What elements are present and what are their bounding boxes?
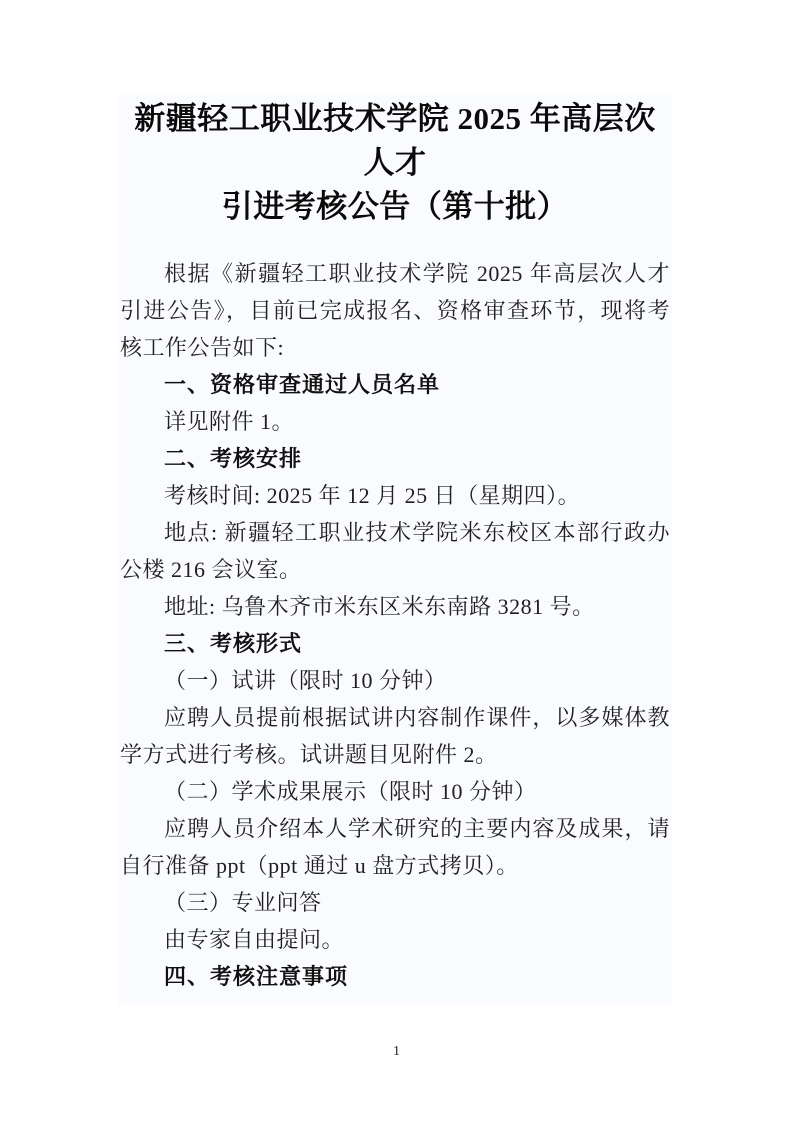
intro-paragraph: 根据《新疆轻工职业技术学院 2025 年高层次人才引进公告》，目前已完成报名、资… [118,255,672,366]
attachment-1-note: 详见附件 1。 [118,403,672,440]
section-1-heading: 一、资格审查通过人员名单 [118,366,672,403]
sub-3-qa-heading: （三）专业问答 [118,884,672,921]
section-2-heading: 二、考核安排 [118,440,672,477]
section-4-heading: 四、考核注意事项 [118,958,672,995]
document-title: 新疆轻工职业技术学院 2025 年高层次人才 引进考核公告（第十批） [118,97,672,229]
qa-details: 由专家自由提问。 [118,921,672,958]
document-page: 新疆轻工职业技术学院 2025 年高层次人才 引进考核公告（第十批） 根据《新疆… [0,0,793,1122]
sub-2-academic-heading: （二）学术成果展示（限时 10 分钟） [118,773,672,810]
assessment-time: 考核时间: 2025 年 12 月 25 日（星期四）。 [118,477,672,514]
document-title-line-1: 新疆轻工职业技术学院 2025 年高层次人才 [120,97,670,185]
academic-details: 应聘人员介绍本人学术研究的主要内容及成果，请自行准备 ppt（ppt 通过 u … [118,810,672,884]
lecture-details: 应聘人员提前根据试讲内容制作课件，以多媒体教学方式进行考核。试讲题目见附件 2。 [118,699,672,773]
document-title-line-2: 引进考核公告（第十批） [120,185,670,229]
sub-1-lecture-heading: （一）试讲（限时 10 分钟） [118,662,672,699]
assessment-address: 地址: 乌鲁木齐市米东区米东南路 3281 号。 [118,588,672,625]
document-content: 新疆轻工职业技术学院 2025 年高层次人才 引进考核公告（第十批） 根据《新疆… [118,95,672,1005]
section-3-heading: 三、考核形式 [118,625,672,662]
page-number: 1 [0,1044,793,1060]
assessment-location: 地点: 新疆轻工职业技术学院米东校区本部行政办公楼 216 会议室。 [118,514,672,588]
